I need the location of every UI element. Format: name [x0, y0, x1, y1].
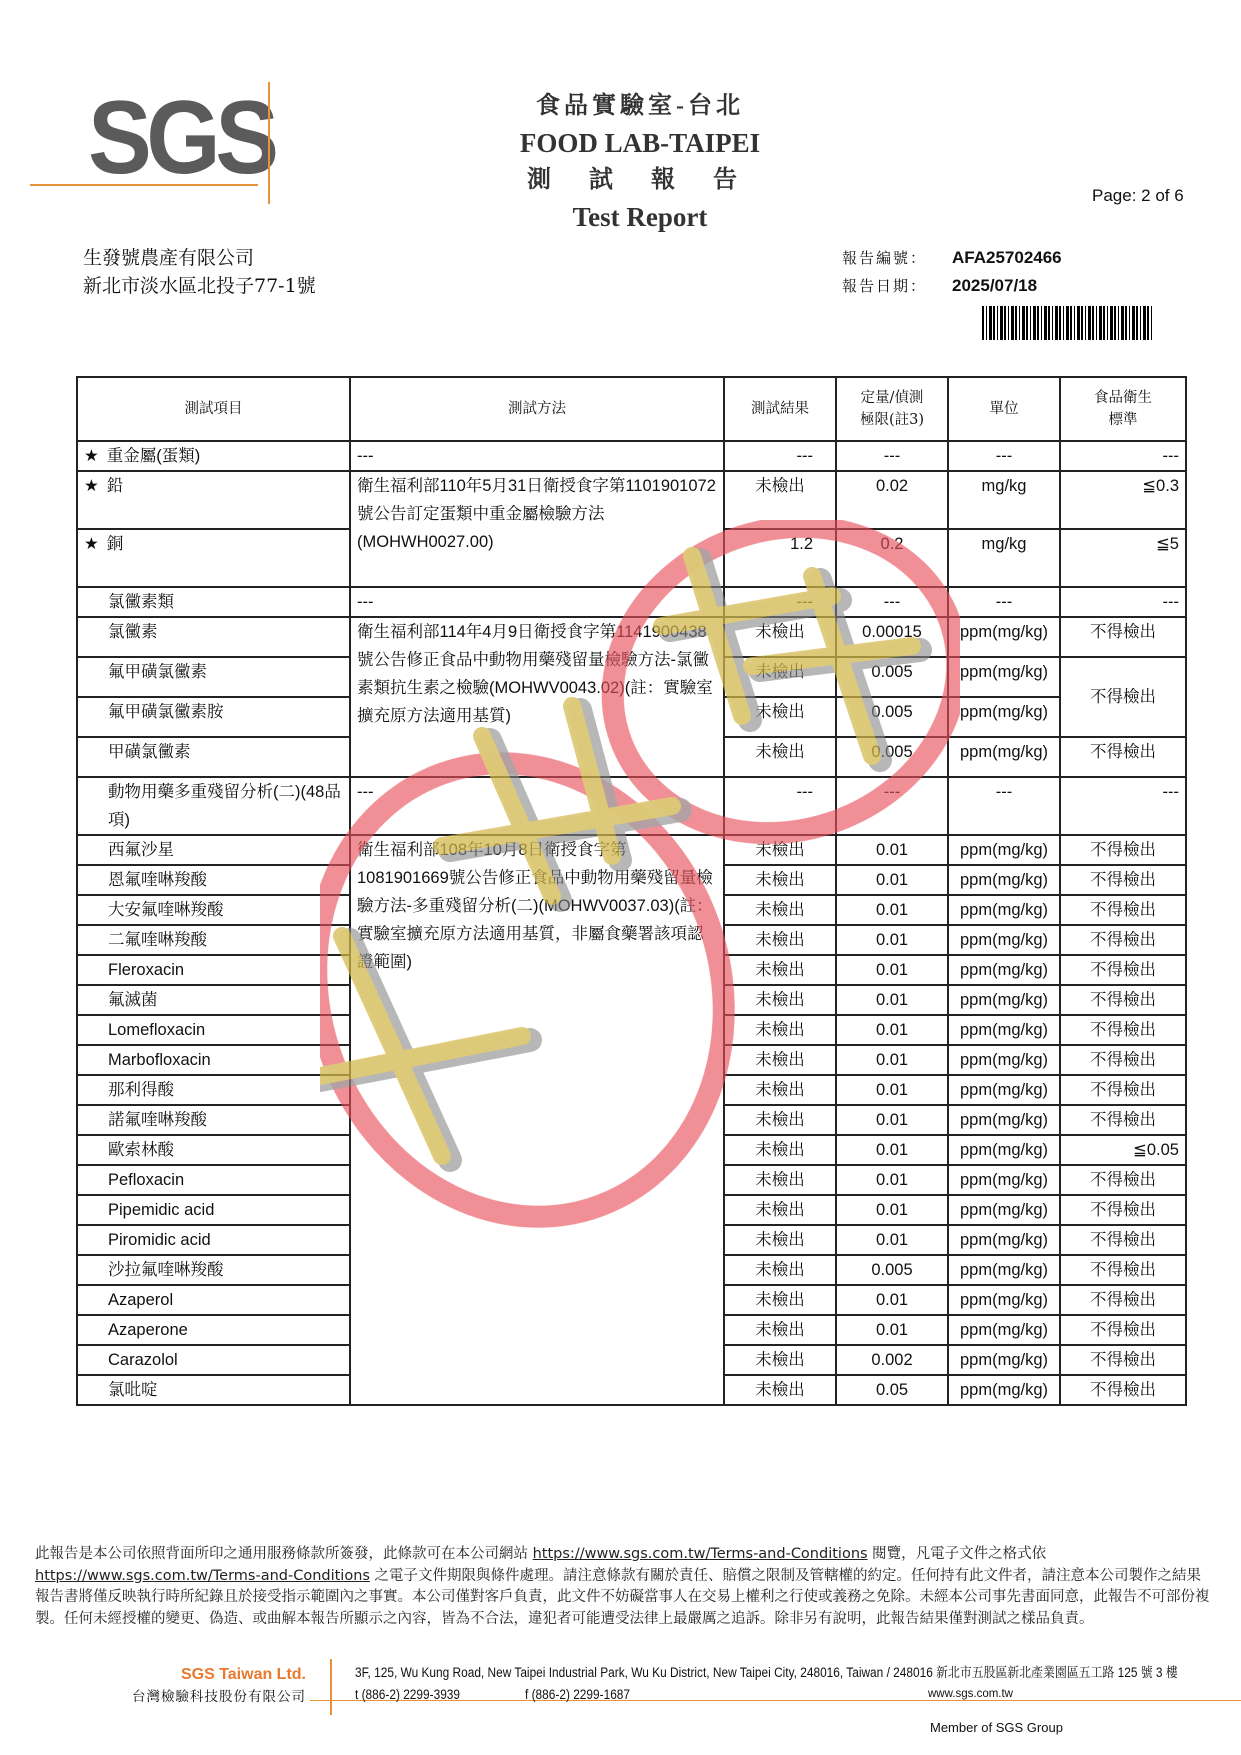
unit: ppm(mg/kg): [948, 865, 1060, 895]
unit: ppm(mg/kg): [948, 697, 1060, 737]
food-standard: 不得檢出: [1060, 617, 1186, 657]
col-header-limit: 定量/偵測極限(註3): [836, 377, 948, 441]
report-title-zh: 測 試 報 告: [420, 162, 860, 199]
detection-limit: 0.01: [836, 865, 948, 895]
test-method: ---: [350, 441, 724, 471]
unit: ---: [948, 777, 1060, 835]
detection-limit: 0.01: [836, 1195, 948, 1225]
food-standard: 不得檢出: [1060, 1015, 1186, 1045]
food-standard: ≦0.3: [1060, 471, 1186, 529]
detection-limit: 0.01: [836, 1135, 948, 1165]
table-row: 氯黴素衛生福利部114年4月9日衛授食字第1141900438號公告修正食品中動…: [77, 617, 1186, 657]
test-item: Pefloxacin: [77, 1165, 350, 1195]
unit: ppm(mg/kg): [948, 1375, 1060, 1405]
food-standard: 不得檢出: [1060, 1105, 1186, 1135]
detection-limit: 0.01: [836, 1045, 948, 1075]
star-icon: ★: [84, 535, 99, 553]
company-name-en: SGS Taiwan Ltd.: [110, 1664, 306, 1686]
food-standard: 不得檢出: [1060, 1225, 1186, 1255]
unit: ppm(mg/kg): [948, 1285, 1060, 1315]
col-header-result: 測試結果: [724, 377, 836, 441]
detection-limit: 0.01: [836, 1105, 948, 1135]
unit: ppm(mg/kg): [948, 1315, 1060, 1345]
company-address: 3F, 125, Wu Kung Road, New Taipei Indust…: [355, 1662, 1178, 1684]
unit: mg/kg: [948, 529, 1060, 587]
food-standard: 不得檢出: [1060, 865, 1186, 895]
logo-vertical-rule: [268, 82, 270, 204]
food-standard: 不得檢出: [1060, 835, 1186, 865]
client-info: 生發號農產有限公司 新北市淡水區北投子77-1號: [83, 244, 316, 300]
food-standard: 不得檢出: [1060, 737, 1186, 777]
footer-company: SGS Taiwan Ltd. 台灣檢驗科技股份有限公司: [110, 1664, 306, 1708]
test-item: 氯黴素類: [77, 587, 350, 617]
test-result: 未檢出: [724, 1135, 836, 1165]
test-method: ---: [350, 587, 724, 617]
col-header-item: 測試項目: [77, 377, 350, 441]
member-of-group: Member of SGS Group: [930, 1720, 1063, 1735]
test-item: Marbofloxacin: [77, 1045, 350, 1075]
test-item: 氟滅菌: [77, 985, 350, 1015]
food-standard: 不得檢出: [1060, 657, 1186, 737]
unit: ppm(mg/kg): [948, 1105, 1060, 1135]
food-standard: 不得檢出: [1060, 1075, 1186, 1105]
food-standard: ---: [1060, 587, 1186, 617]
table-row: ★鉛衛生福利部110年5月31日衛授食字第1101901072號公告訂定蛋類中重…: [77, 471, 1186, 529]
unit: ppm(mg/kg): [948, 1225, 1060, 1255]
test-result: 未檢出: [724, 697, 836, 737]
star-icon: ★: [84, 447, 99, 465]
detection-limit: 0.01: [836, 1075, 948, 1105]
detection-limit: 0.005: [836, 657, 948, 697]
test-result: 未檢出: [724, 1375, 836, 1405]
detection-limit: ---: [836, 441, 948, 471]
test-item: 二氟喹啉羧酸: [77, 925, 350, 955]
test-result: 未檢出: [724, 835, 836, 865]
food-standard: 不得檢出: [1060, 1045, 1186, 1075]
company-fax: f (886-2) 2299-1687: [525, 1684, 630, 1706]
test-result: 未檢出: [724, 737, 836, 777]
food-standard: 不得檢出: [1060, 1315, 1186, 1345]
test-result: 未檢出: [724, 1195, 836, 1225]
test-result: 未檢出: [724, 955, 836, 985]
unit: ppm(mg/kg): [948, 835, 1060, 865]
test-result: 未檢出: [724, 1315, 836, 1345]
table-group-row: 動物用藥多重殘留分析(二)(48品項)---------------: [77, 777, 1186, 835]
test-item: 那利得酸: [77, 1075, 350, 1105]
col-header-unit: 單位: [948, 377, 1060, 441]
test-method: 衛生福利部110年5月31日衛授食字第1101901072號公告訂定蛋類中重金屬…: [350, 471, 724, 587]
test-result: ---: [724, 777, 836, 835]
food-standard: 不得檢出: [1060, 1195, 1186, 1225]
test-result: 未檢出: [724, 1105, 836, 1135]
test-result: 未檢出: [724, 471, 836, 529]
company-website[interactable]: www.sgs.com.tw: [928, 1688, 1013, 1700]
unit: mg/kg: [948, 471, 1060, 529]
unit: ---: [948, 441, 1060, 471]
lab-name-en: FOOD LAB-TAIPEI: [420, 125, 860, 162]
page-number: Page: 2 of 6: [1092, 186, 1184, 206]
food-standard: ---: [1060, 441, 1186, 471]
unit: ppm(mg/kg): [948, 895, 1060, 925]
unit: ppm(mg/kg): [948, 1195, 1060, 1225]
test-result: 未檢出: [724, 1285, 836, 1315]
client-address: 新北市淡水區北投子77-1號: [83, 272, 316, 300]
report-number-label: 報告編號：: [842, 244, 952, 272]
food-standard: ≦5: [1060, 529, 1186, 587]
test-item: 沙拉氟喹啉羧酸: [77, 1255, 350, 1285]
unit: ---: [948, 587, 1060, 617]
test-result: 1.2: [724, 529, 836, 587]
detection-limit: 0.01: [836, 1165, 948, 1195]
test-result: 未檢出: [724, 617, 836, 657]
food-standard: ---: [1060, 777, 1186, 835]
test-item: 甲磺氯黴素: [77, 737, 350, 777]
table-group-row: 氯黴素類---------------: [77, 587, 1186, 617]
terms-link-2[interactable]: https://www.sgs.com.tw/Terms-and-Conditi…: [35, 1568, 370, 1584]
test-result: 未檢出: [724, 1015, 836, 1045]
report-date-label: 報告日期：: [842, 272, 952, 300]
test-item: 西氟沙星: [77, 835, 350, 865]
lab-name-zh: 食品實驗室-台北: [420, 88, 860, 125]
detection-limit: 0.01: [836, 1225, 948, 1255]
test-item: 大安氟喹啉羧酸: [77, 895, 350, 925]
detection-limit: 0.00015: [836, 617, 948, 657]
test-item: 氟甲磺氯黴素: [77, 657, 350, 697]
logo-horizontal-rule: [30, 184, 258, 186]
detection-limit: 0.05: [836, 1375, 948, 1405]
test-item: Piromidic acid: [77, 1225, 350, 1255]
test-item: 氟甲磺氯黴素胺: [77, 697, 350, 737]
test-item: ★重金屬(蛋類): [77, 441, 350, 471]
test-item: 動物用藥多重殘留分析(二)(48品項): [77, 777, 350, 835]
unit: ppm(mg/kg): [948, 925, 1060, 955]
report-title-en: Test Report: [420, 199, 860, 236]
unit: ppm(mg/kg): [948, 1255, 1060, 1285]
detection-limit: 0.2: [836, 529, 948, 587]
test-method: 衛生福利部114年4月9日衛授食字第1141900438號公告修正食品中動物用藥…: [350, 617, 724, 777]
test-item: Azaperol: [77, 1285, 350, 1315]
test-result: ---: [724, 441, 836, 471]
food-standard: 不得檢出: [1060, 1165, 1186, 1195]
star-icon: ★: [84, 477, 99, 495]
test-item: 諾氟喹啉羧酸: [77, 1105, 350, 1135]
detection-limit: 0.01: [836, 1285, 948, 1315]
food-standard: 不得檢出: [1060, 925, 1186, 955]
unit: ppm(mg/kg): [948, 985, 1060, 1015]
test-result: ---: [724, 587, 836, 617]
report-title-block: 食品實驗室-台北 FOOD LAB-TAIPEI 測 試 報 告 Test Re…: [420, 88, 860, 236]
company-phone: t (886-2) 2299-3939: [355, 1684, 460, 1706]
test-result: 未檢出: [724, 1165, 836, 1195]
unit: ppm(mg/kg): [948, 1345, 1060, 1375]
detection-limit: 0.01: [836, 1315, 948, 1345]
col-header-method: 測試方法: [350, 377, 724, 441]
food-standard: 不得檢出: [1060, 895, 1186, 925]
results-table: 測試項目 測試方法 測試結果 定量/偵測極限(註3) 單位 食品衛生標準 ★重金…: [76, 376, 1187, 1406]
test-item: 恩氟喹啉羧酸: [77, 865, 350, 895]
report-date: 2025/07/18: [952, 276, 1037, 295]
test-item: ★銅: [77, 529, 350, 587]
test-method: 衛生福利部108年10月8日衛授食字第1081901669號公告修正食品中動物用…: [350, 835, 724, 1405]
sgs-logo: SGS: [88, 86, 274, 190]
food-standard: 不得檢出: [1060, 985, 1186, 1015]
detection-limit: 0.005: [836, 1255, 948, 1285]
unit: ppm(mg/kg): [948, 737, 1060, 777]
detection-limit: 0.005: [836, 697, 948, 737]
unit: ppm(mg/kg): [948, 1015, 1060, 1045]
table-row: 西氟沙星衛生福利部108年10月8日衛授食字第1081901669號公告修正食品…: [77, 835, 1186, 865]
test-result: 未檢出: [724, 1225, 836, 1255]
test-item: Carazolol: [77, 1345, 350, 1375]
footer-vertical-rule: [330, 1659, 332, 1715]
test-result: 未檢出: [724, 925, 836, 955]
unit: ppm(mg/kg): [948, 617, 1060, 657]
terms-link[interactable]: https://www.sgs.com.tw/Terms-and-Conditi…: [533, 1546, 868, 1562]
test-method: ---: [350, 777, 724, 835]
table-header-row: 測試項目 測試方法 測試結果 定量/偵測極限(註3) 單位 食品衛生標準: [77, 377, 1186, 441]
unit: ppm(mg/kg): [948, 1135, 1060, 1165]
barcode-icon: [982, 306, 1152, 340]
company-name-zh: 台灣檢驗科技股份有限公司: [110, 1686, 306, 1708]
test-item: Fleroxacin: [77, 955, 350, 985]
detection-limit: ---: [836, 587, 948, 617]
unit: ppm(mg/kg): [948, 955, 1060, 985]
test-item: Lomefloxacin: [77, 1015, 350, 1045]
unit: ppm(mg/kg): [948, 1165, 1060, 1195]
test-result: 未檢出: [724, 865, 836, 895]
detection-limit: 0.02: [836, 471, 948, 529]
detection-limit: 0.005: [836, 737, 948, 777]
test-result: 未檢出: [724, 1255, 836, 1285]
detection-limit: ---: [836, 777, 948, 835]
test-result: 未檢出: [724, 1345, 836, 1375]
detection-limit: 0.01: [836, 925, 948, 955]
test-item: Azaperone: [77, 1315, 350, 1345]
col-header-standard: 食品衛生標準: [1060, 377, 1186, 441]
food-standard: 不得檢出: [1060, 1345, 1186, 1375]
detection-limit: 0.01: [836, 895, 948, 925]
table-group-row: ★重金屬(蛋類)---------------: [77, 441, 1186, 471]
detection-limit: 0.01: [836, 955, 948, 985]
detection-limit: 0.01: [836, 985, 948, 1015]
detection-limit: 0.002: [836, 1345, 948, 1375]
test-item: Pipemidic acid: [77, 1195, 350, 1225]
food-standard: 不得檢出: [1060, 1255, 1186, 1285]
food-standard: 不得檢出: [1060, 955, 1186, 985]
food-standard: 不得檢出: [1060, 1375, 1186, 1405]
test-result: 未檢出: [724, 895, 836, 925]
test-item: ★鉛: [77, 471, 350, 529]
test-item: 歐索林酸: [77, 1135, 350, 1165]
test-item: 氯黴素: [77, 617, 350, 657]
test-result: 未檢出: [724, 985, 836, 1015]
legal-disclaimer: 此報告是本公司依照背面所印之通用服務條款所簽發，此條款可在本公司網站 https…: [35, 1544, 1210, 1630]
test-item: 氯吡啶: [77, 1375, 350, 1405]
unit: ppm(mg/kg): [948, 1075, 1060, 1105]
test-result: 未檢出: [724, 1075, 836, 1105]
detection-limit: 0.01: [836, 835, 948, 865]
report-number: AFA25702466: [952, 248, 1062, 267]
test-result: 未檢出: [724, 657, 836, 697]
report-meta: 報告編號：AFA25702466 報告日期：2025/07/18: [842, 244, 1062, 300]
client-name: 生發號農產有限公司: [83, 244, 316, 272]
food-standard: ≦0.05: [1060, 1135, 1186, 1165]
unit: ppm(mg/kg): [948, 657, 1060, 697]
test-result: 未檢出: [724, 1045, 836, 1075]
detection-limit: 0.01: [836, 1015, 948, 1045]
unit: ppm(mg/kg): [948, 1045, 1060, 1075]
food-standard: 不得檢出: [1060, 1285, 1186, 1315]
